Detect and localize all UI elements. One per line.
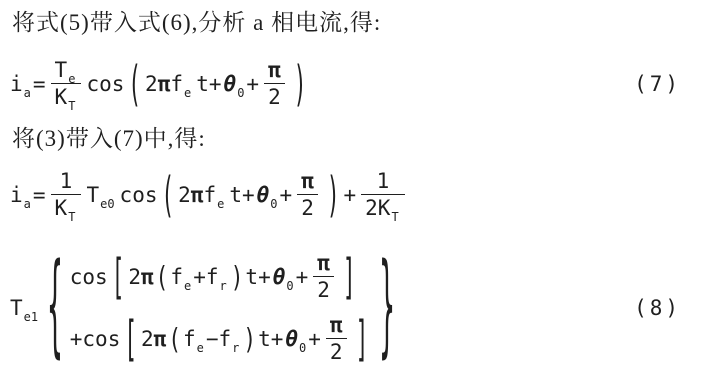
plus-sign: +	[296, 265, 309, 289]
term-t-plus: t+	[196, 72, 221, 96]
denominator-2: 2	[326, 338, 347, 365]
sub-e1: e1	[24, 311, 38, 323]
paren-open: (	[161, 167, 174, 222]
pi-symbol: π	[141, 265, 154, 289]
document-page: 将式(5)带入式(6),分析 a 相电流,得: ia = Te KT cos (…	[0, 0, 719, 369]
sub-e0: e0	[100, 198, 114, 210]
coef-2: 2	[141, 327, 154, 351]
numerator-pi: π	[313, 251, 334, 276]
denominator: 2KT	[361, 194, 405, 221]
var-T: T	[55, 58, 68, 82]
theta-symbol: θ	[273, 265, 286, 289]
bracket-close: ]	[343, 249, 356, 304]
paragraph-intro-eq8: 将(3)带入(7)中,得:	[12, 124, 719, 154]
coef-2: 2	[145, 72, 158, 96]
pi-symbol: π	[191, 183, 204, 207]
theta-symbol: θ	[224, 72, 237, 96]
bracket-close: ]	[356, 312, 369, 367]
fraction-pi-2: π 2	[264, 58, 285, 110]
plus-cos-function: +cos	[70, 327, 121, 351]
denominator-2: 2	[313, 276, 334, 303]
plus-sign: +	[308, 327, 321, 351]
cos-function: cos	[120, 183, 158, 207]
var-T: T	[10, 296, 23, 320]
var-f: f	[170, 265, 183, 289]
cos-term-row: +cos [ 2π ( fe − fr ) t+θ0 + π 2 ]	[70, 313, 372, 365]
cos-function: cos	[70, 265, 108, 289]
paren-open: (	[128, 56, 141, 111]
equation-7: ia = Te KT cos ( 2πfe t+θ0 + π 2 ) (7)	[10, 54, 719, 114]
paragraph-intro-eq7: 将式(5)带入式(6),分析 a 相电流,得:	[12, 8, 719, 38]
var-i: i	[10, 183, 23, 207]
var-2K: 2K	[365, 196, 390, 220]
minus-sign: −	[206, 327, 219, 351]
paren-close: )	[294, 56, 307, 111]
var-K: K	[55, 85, 68, 109]
paren-close: )	[243, 323, 256, 355]
equation-number-8: (8)	[634, 296, 681, 320]
term-t-plus: t+	[258, 327, 283, 351]
term-t-plus: t+	[229, 183, 254, 207]
sub-0: 0	[237, 87, 244, 99]
theta-symbol: θ	[285, 327, 298, 351]
sub-r: r	[220, 280, 227, 292]
numerator-1: 1	[373, 169, 394, 194]
coef-2: 2	[128, 265, 141, 289]
var-i: i	[10, 72, 23, 96]
sub-e: e	[184, 280, 191, 292]
sub-e: e	[184, 87, 191, 99]
equation-7-body: ia = Te KT cos ( 2πfe t+θ0 + π 2 )	[10, 58, 310, 110]
var-f: f	[203, 183, 216, 207]
fraction-pi-2: π 2	[297, 169, 318, 221]
equation-number-7: (7)	[634, 72, 681, 96]
sub-0: 0	[270, 198, 277, 210]
sub-0: 0	[299, 342, 306, 354]
equals-sign: =	[33, 72, 46, 96]
bracket-open: [	[124, 312, 137, 367]
theta-symbol: θ	[257, 183, 270, 207]
numerator-pi: π	[326, 313, 347, 338]
fraction-pi-2: π 2	[326, 313, 347, 365]
var-f: f	[206, 265, 219, 289]
sub-e: e	[197, 342, 204, 354]
sub-T: T	[391, 211, 398, 223]
var-f: f	[219, 327, 232, 351]
var-f: f	[170, 72, 183, 96]
fraction-pi-2: π 2	[313, 251, 334, 303]
paren-close: )	[327, 167, 340, 222]
plus-sign: +	[193, 265, 206, 289]
sub-a: a	[24, 87, 31, 99]
coef-2: 2	[178, 183, 191, 207]
fraction-1-2KT: 1 2KT	[361, 169, 405, 221]
pi-symbol: π	[154, 327, 167, 351]
cos-term-row: cos [ 2π ( fe + fr ) t+θ0 + π 2 ]	[70, 251, 360, 303]
numerator-pi: π	[297, 169, 318, 194]
sub-e: e	[217, 198, 224, 210]
paren-close: )	[231, 261, 244, 293]
fraction-1-KT: 1 KT	[51, 169, 82, 221]
var-T: T	[86, 183, 99, 207]
numerator: Te	[51, 58, 82, 83]
denominator-2: 2	[264, 83, 285, 110]
plus-sign: +	[246, 72, 259, 96]
sub-T: T	[68, 100, 75, 112]
plus-sign: +	[280, 183, 293, 207]
sub-T: T	[68, 211, 75, 223]
brace-close: }	[379, 244, 395, 369]
numerator-pi: π	[264, 58, 285, 83]
braced-term-stack: cos [ 2π ( fe + fr ) t+θ0 + π 2 ]	[70, 251, 372, 366]
equals-sign: =	[33, 183, 46, 207]
equation-8-line2-body: Te1 { cos [ 2π ( fe + fr ) t+θ0 + π	[10, 251, 402, 366]
denominator: KT	[51, 194, 82, 221]
plus-sign: +	[344, 183, 357, 207]
sub-a: a	[24, 198, 31, 210]
sub-r: r	[232, 342, 239, 354]
paren-open: (	[168, 323, 181, 355]
brace-open: {	[47, 244, 63, 369]
equation-8-line1: ia = 1 KT Te0 cos ( 2πfe t+θ0 + π 2 ) + …	[10, 158, 719, 232]
bracket-open: [	[112, 249, 125, 304]
term-t-plus: t+	[245, 265, 270, 289]
pi-symbol: π	[158, 72, 171, 96]
sub-0: 0	[286, 280, 293, 292]
cos-function: cos	[86, 72, 124, 96]
denominator: KT	[51, 83, 82, 110]
equation-8-line2: Te1 { cos [ 2π ( fe + fr ) t+θ0 + π	[10, 242, 719, 369]
var-f: f	[183, 327, 196, 351]
paren-open: (	[156, 261, 169, 293]
denominator-2: 2	[297, 194, 318, 221]
numerator-1: 1	[56, 169, 77, 194]
equation-8-line1-body: ia = 1 KT Te0 cos ( 2πfe t+θ0 + π 2 ) + …	[10, 169, 410, 221]
fraction-Te-KT: Te KT	[51, 58, 82, 110]
sub-e: e	[68, 73, 75, 85]
var-K: K	[55, 196, 68, 220]
